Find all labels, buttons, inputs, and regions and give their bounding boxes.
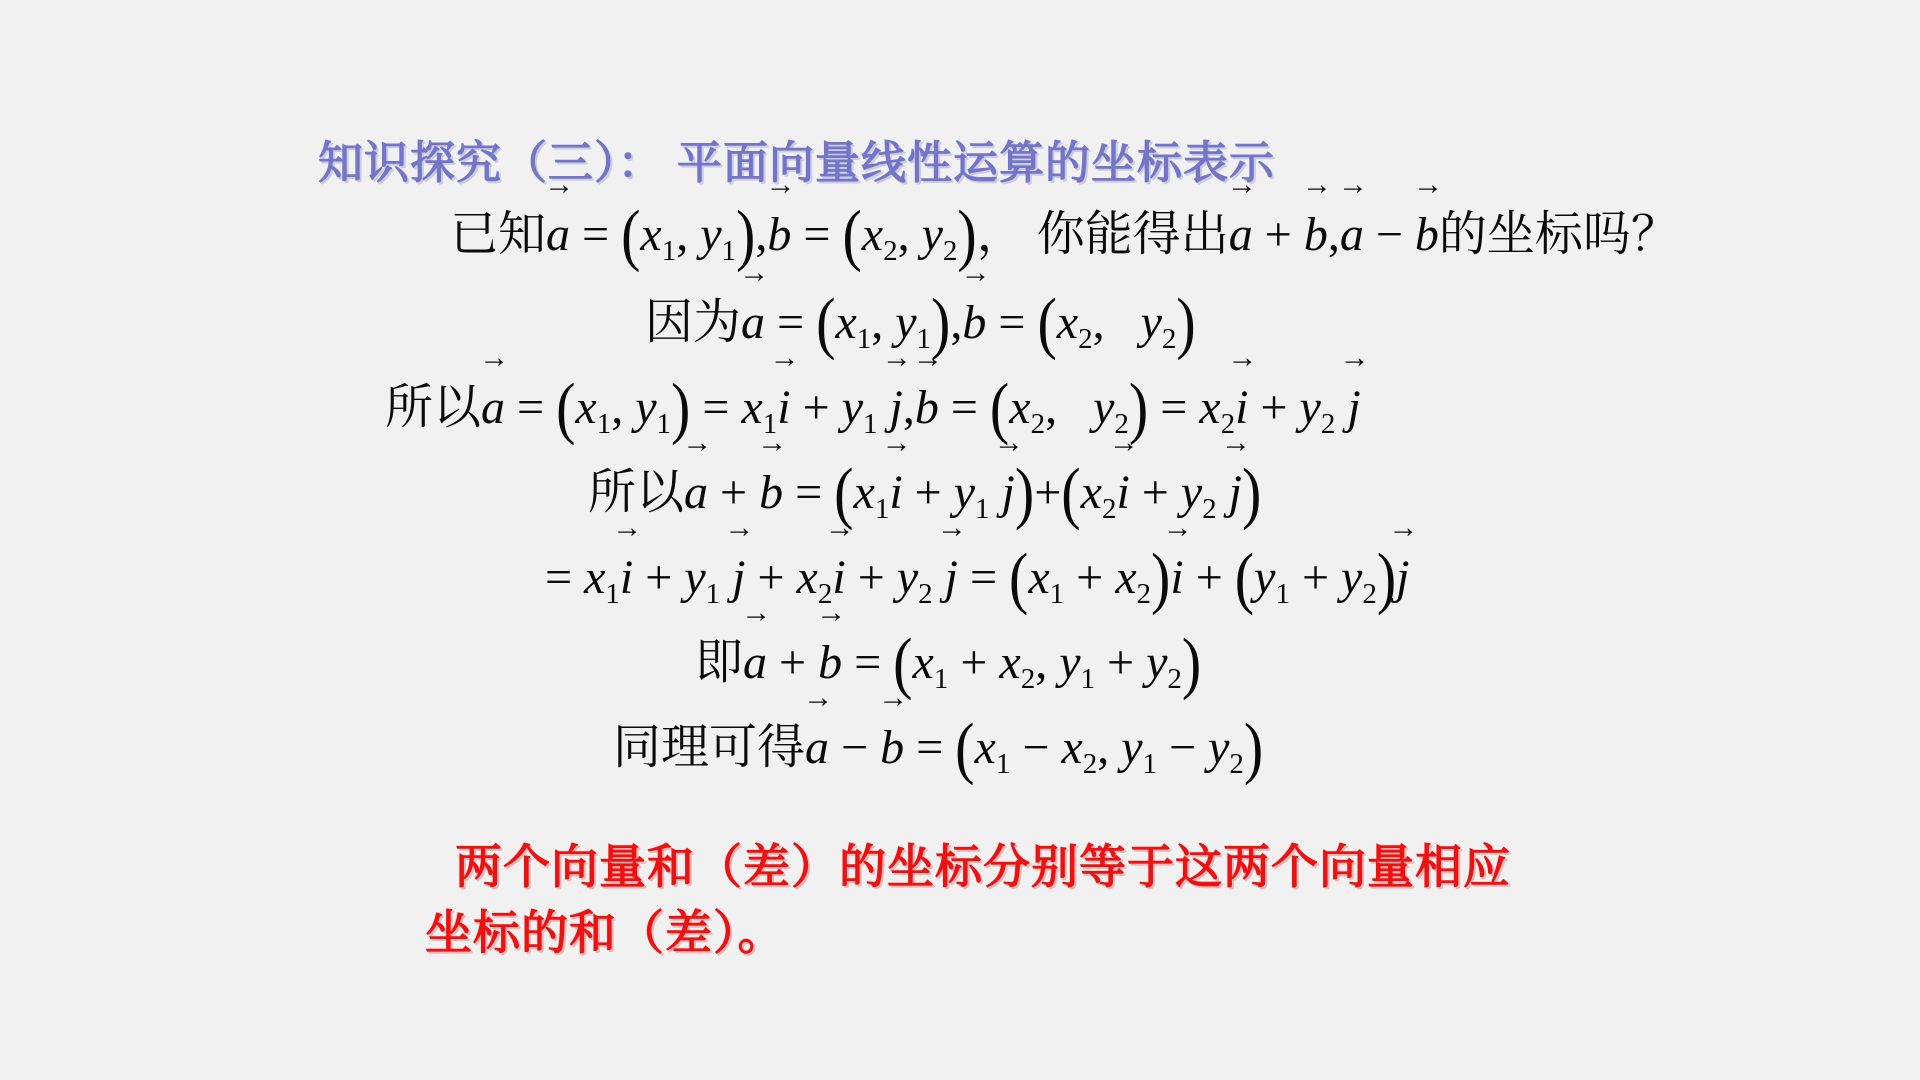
math-line: = x1i + y1 j + x2i + y2 j = (x1 + x2)i +… <box>0 543 1920 613</box>
vector-a: a <box>741 288 765 358</box>
math-line: 因为a = (x1, y1),b = (x2, y2) <box>0 288 1920 358</box>
note-line-2: 坐标的和（差）。 <box>425 896 786 963</box>
vector-b: b <box>880 713 904 783</box>
vector-a: a <box>743 628 767 698</box>
vector-b: b <box>759 458 783 528</box>
vector-a: a <box>1340 200 1364 270</box>
vector-b: b <box>1415 200 1439 270</box>
vector-a: a <box>1229 200 1253 270</box>
vector-a: a <box>481 373 505 443</box>
note-line-1: 两个向量和（差）的坐标分别等于这两个向量相应 <box>455 830 1511 897</box>
vector-b: b <box>767 200 791 270</box>
vector-b: b <box>1304 200 1328 270</box>
vector-a: a <box>684 458 708 528</box>
vector-j: j <box>1229 458 1242 528</box>
math-line: 同理可得a − b = (x1 − x2, y1 − y2) <box>0 713 1920 783</box>
vector-j: j <box>945 543 958 613</box>
math-line: 所以a = (x1, y1) = x1i + y1 j,b = (x2, y2)… <box>0 373 1920 443</box>
math-lines: 已知a = (x1, y1),b = (x2, y2)， 你能得出a + b,a… <box>0 0 1920 1080</box>
vector-j: j <box>1347 373 1360 443</box>
vector-i: i <box>620 543 633 613</box>
vector-a: a <box>546 200 570 270</box>
vector-i: i <box>1170 543 1183 613</box>
vector-a: a <box>805 713 829 783</box>
vector-j: j <box>1002 458 1015 528</box>
vector-i: i <box>1116 458 1129 528</box>
slide: 知识探究（三）： 平面向量线性运算的坐标表示 已知a = (x1, y1),b … <box>0 0 1920 1080</box>
vector-b: b <box>962 288 986 358</box>
vector-b: b <box>915 373 939 443</box>
math-line: 即a + b = (x1 + x2, y1 + y2) <box>0 628 1920 698</box>
vector-j: j <box>1396 543 1409 613</box>
vector-i: i <box>889 458 902 528</box>
